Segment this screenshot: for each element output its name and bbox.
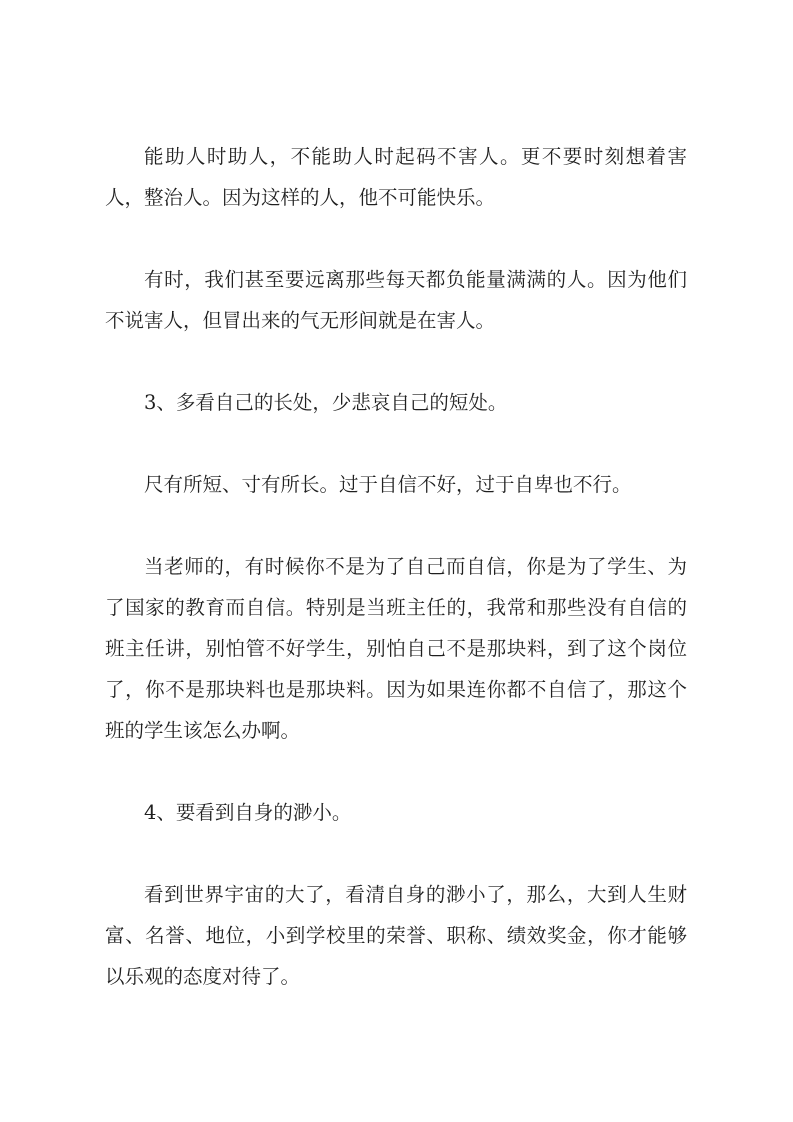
paragraph-6-numbered-point: 4、要看到自身的渺小。 [105, 792, 687, 833]
paragraph-1: 能助人时助人，不能助人时起码不害人。更不要时刻想着害人，整治人。因为这样的人，他… [105, 136, 687, 218]
paragraph-4: 尺有所短、寸有所长。过于自信不好，过于自卑也不行。 [105, 464, 687, 505]
paragraph-3-numbered-point: 3、多看自己的长处，少悲哀自己的短处。 [105, 382, 687, 423]
document-body: 能助人时助人，不能助人时起码不害人。更不要时刻想着害人，整治人。因为这样的人，他… [0, 0, 793, 997]
paragraph-7: 看到世界宇宙的大了，看清自身的渺小了，那么，大到人生财富、名誉、地位，小到学校里… [105, 874, 687, 997]
paragraph-2: 有时，我们甚至要远离那些每天都负能量满满的人。因为他们不说害人，但冒出来的气无形… [105, 259, 687, 341]
paragraph-5: 当老师的，有时候你不是为了自己而自信，你是为了学生、为了国家的教育而自信。特别是… [105, 546, 687, 751]
document-page: 能助人时助人，不能助人时起码不害人。更不要时刻想着害人，整治人。因为这样的人，他… [0, 0, 793, 1122]
